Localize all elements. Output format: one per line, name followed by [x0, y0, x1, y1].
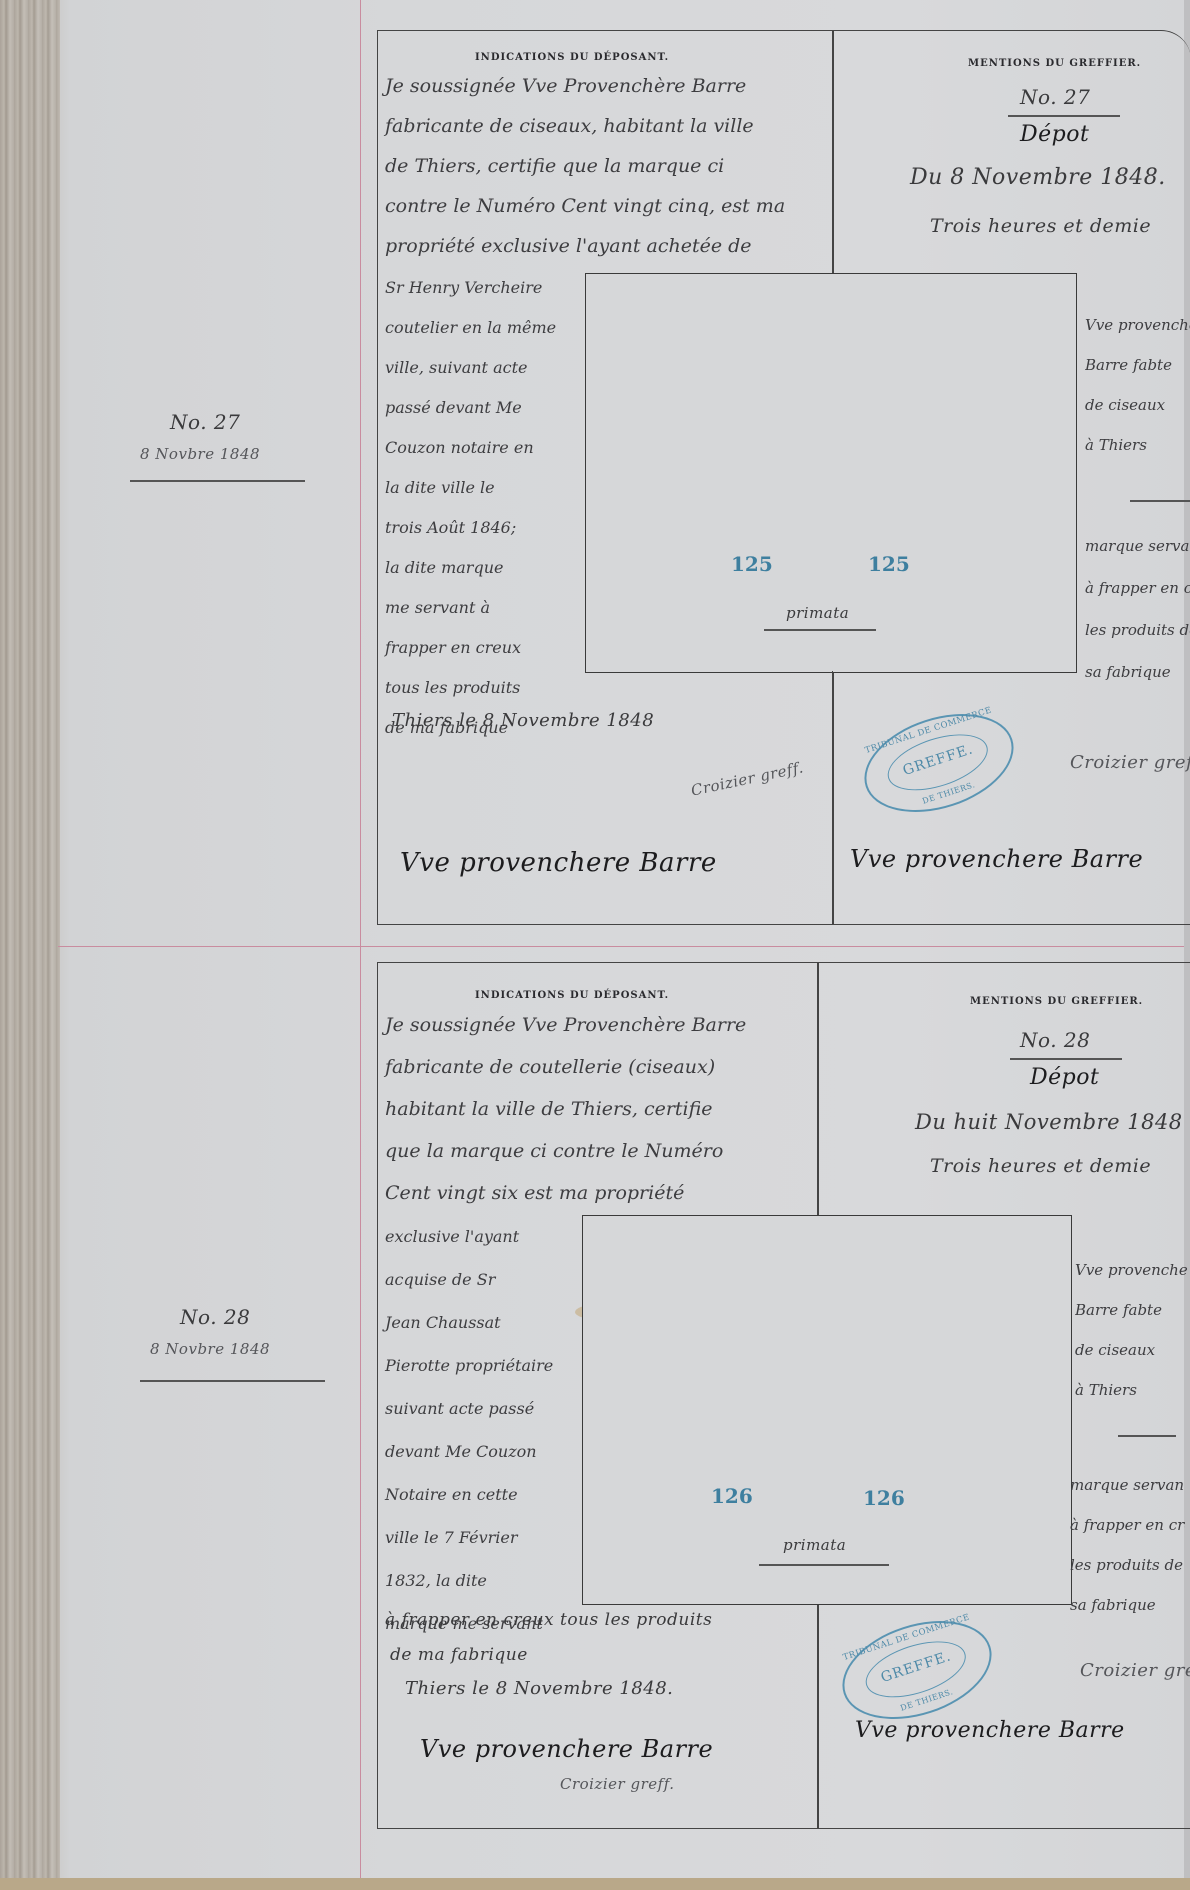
depositor-place-date: Thiers le 8 Novembre 1848 — [392, 710, 654, 731]
clerk-date: Du 8 Novembre 1848. — [910, 165, 1166, 190]
text-line: Barre fabte — [1075, 1290, 1190, 1330]
text-line: Couzon notaire en — [385, 428, 556, 468]
text-line: Sr Henry Vercheire — [385, 268, 556, 308]
text-line: fabricante de coutellerie (ciseaux) — [385, 1046, 746, 1088]
text-line: propriété exclusive l'ayant achetée de — [385, 226, 785, 266]
mark-number-left: 125 — [731, 552, 773, 576]
clerk-entry-number: No. 28 — [1020, 1028, 1090, 1052]
margin-entry-date: 8 Novbre 1848 — [150, 1340, 270, 1358]
text-line: Pierotte propriétaire — [385, 1344, 553, 1387]
clerk-number-underline — [1008, 115, 1120, 117]
clerk-title: Dépot — [1030, 1065, 1099, 1090]
trademark-imprint-box: 126 126 primata — [582, 1215, 1072, 1605]
mark-caption: primata — [783, 1536, 846, 1554]
text-line: à Thiers — [1085, 425, 1190, 465]
clerk-bottom-signature: Vve provenchere Barre — [855, 1718, 1125, 1743]
text-line: Cent vingt six est ma propriété — [385, 1172, 746, 1214]
text-line: contre le Numéro Cent vingt cinq, est ma — [385, 186, 785, 226]
text-line: la dite marque — [385, 548, 556, 588]
book-binding — [0, 0, 60, 1890]
text-line: tous les produits — [385, 668, 556, 708]
depositor-header: INDICATIONS DU DÉPOSANT. — [475, 990, 669, 1001]
text-line: coutelier en la même — [385, 308, 556, 348]
text-line: de Thiers, certifie que la marque ci — [385, 146, 785, 186]
depositor-text-line: de ma fabrique — [390, 1645, 528, 1665]
margin-rule-vertical — [360, 0, 361, 1890]
text-line: Vve provenchère — [1085, 305, 1190, 345]
depositor-signature: Vve provenchere Barre — [400, 848, 717, 878]
text-line: passé devant Me — [385, 388, 556, 428]
clerk-side-signature: Croizier greff. — [1080, 1660, 1190, 1681]
margin-underline — [130, 480, 305, 482]
text-line: à frapper en creux — [1070, 1505, 1185, 1545]
depositor-text-column: Sr Henry Vercheire coutelier en la même … — [385, 268, 556, 748]
text-line: à Thiers — [1075, 1370, 1190, 1410]
clerk-time: Trois heures et demie — [930, 1155, 1151, 1177]
caption-underline — [759, 1564, 889, 1566]
depositor-text-top: Je soussignée Vve Provenchère Barre fabr… — [385, 66, 785, 266]
text-line: Notaire en cette — [385, 1473, 553, 1516]
margin-entry-date: 8 Novbre 1848 — [140, 445, 260, 463]
text-line: la dite ville le — [385, 468, 556, 508]
text-line: que la marque ci contre le Numéro — [385, 1130, 746, 1172]
side-note-divider — [1130, 500, 1190, 502]
mark-number-right: 125 — [868, 552, 910, 576]
text-line: marque servant — [1085, 525, 1190, 567]
text-line: Jean Chaussat — [385, 1301, 553, 1344]
caption-underline — [764, 629, 876, 631]
clerk-side-signature: Croizier greff. — [1070, 752, 1190, 773]
text-line: suivant acte passé — [385, 1387, 553, 1430]
text-line: Vve provenche — [1075, 1250, 1190, 1290]
margin-entry-number: No. 27 — [170, 410, 240, 434]
text-line: ville, suivant acte — [385, 348, 556, 388]
depositor-text-top: Je soussignée Vve Provenchère Barre fabr… — [385, 1004, 746, 1214]
clerk-side-notes-a: Vve provenchère Barre fabte de ciseaux à… — [1085, 305, 1190, 465]
text-line: de ciseaux — [1075, 1330, 1190, 1370]
clerk-title: Dépot — [1020, 122, 1089, 147]
text-line: Barre fabte — [1085, 345, 1190, 385]
trademark-imprint-box: 125 125 primata — [585, 273, 1077, 673]
clerk-entry-number: No. 27 — [1020, 85, 1090, 109]
mark-number-right: 126 — [863, 1486, 905, 1510]
text-line: marque servant — [1070, 1465, 1185, 1505]
clerk-signature: Croizier greff. — [560, 1775, 674, 1793]
text-line: Je soussignée Vve Provenchère Barre — [385, 1004, 746, 1046]
column-divider — [832, 671, 833, 923]
margin-entry-number: No. 28 — [180, 1305, 250, 1329]
depositor-signature: Vve provenchere Barre — [420, 1735, 713, 1763]
text-line: les produits de — [1085, 609, 1190, 651]
depositor-text-column: exclusive l'ayant acquise de Sr Jean Cha… — [385, 1215, 553, 1645]
depositor-place-date: Thiers le 8 Novembre 1848. — [405, 1678, 673, 1699]
text-line: ville le 7 Février — [385, 1516, 553, 1559]
clerk-bottom-signature: Vve provenchere Barre — [850, 845, 1143, 873]
clerk-side-notes-b: marque servant à frapper en creux les pr… — [1070, 1465, 1185, 1625]
text-line: trois Août 1846; — [385, 508, 556, 548]
text-line: 1832, la dite — [385, 1559, 553, 1602]
clerk-header: MENTIONS DU GREFFIER. — [968, 58, 1141, 69]
clerk-date: Du huit Novembre 1848 — [915, 1110, 1183, 1134]
text-line: devant Me Couzon — [385, 1430, 553, 1473]
depositor-text-continuation: à frapper en creux tous les produits — [385, 1610, 712, 1630]
desk-surface — [0, 1878, 1190, 1890]
text-line: Je soussignée Vve Provenchère Barre — [385, 66, 785, 106]
text-line: à frapper en creux — [1085, 567, 1190, 609]
clerk-side-notes-b: marque servant à frapper en creux les pr… — [1085, 525, 1190, 693]
text-line: fabricante de ciseaux, habitant la ville — [385, 106, 785, 146]
text-line: acquise de Sr — [385, 1258, 553, 1301]
text-line: exclusive l'ayant — [385, 1215, 553, 1258]
margin-rule-horizontal — [58, 946, 1190, 947]
clerk-header: MENTIONS DU GREFFIER. — [970, 996, 1143, 1007]
text-line: habitant la ville de Thiers, certifie — [385, 1088, 746, 1130]
text-line: de ciseaux — [1085, 385, 1190, 425]
text-line: frapper en creux — [385, 628, 556, 668]
text-line: sa fabrique — [1070, 1585, 1185, 1625]
clerk-time: Trois heures et demie — [930, 215, 1151, 237]
text-line: sa fabrique — [1085, 651, 1190, 693]
clerk-side-notes-a: Vve provenche Barre fabte de ciseaux à T… — [1075, 1250, 1190, 1410]
margin-underline — [140, 1380, 325, 1382]
side-note-divider — [1118, 1435, 1176, 1437]
depositor-header: INDICATIONS DU DÉPOSANT. — [475, 52, 669, 63]
mark-caption: primata — [786, 604, 849, 622]
clerk-number-underline — [1010, 1058, 1122, 1060]
ledger-page: No. 27 8 Novbre 1848 INDICATIONS DU DÉPO… — [0, 0, 1190, 1890]
text-line: les produits de — [1070, 1545, 1185, 1585]
text-line: me servant à — [385, 588, 556, 628]
mark-number-left: 126 — [711, 1484, 753, 1508]
